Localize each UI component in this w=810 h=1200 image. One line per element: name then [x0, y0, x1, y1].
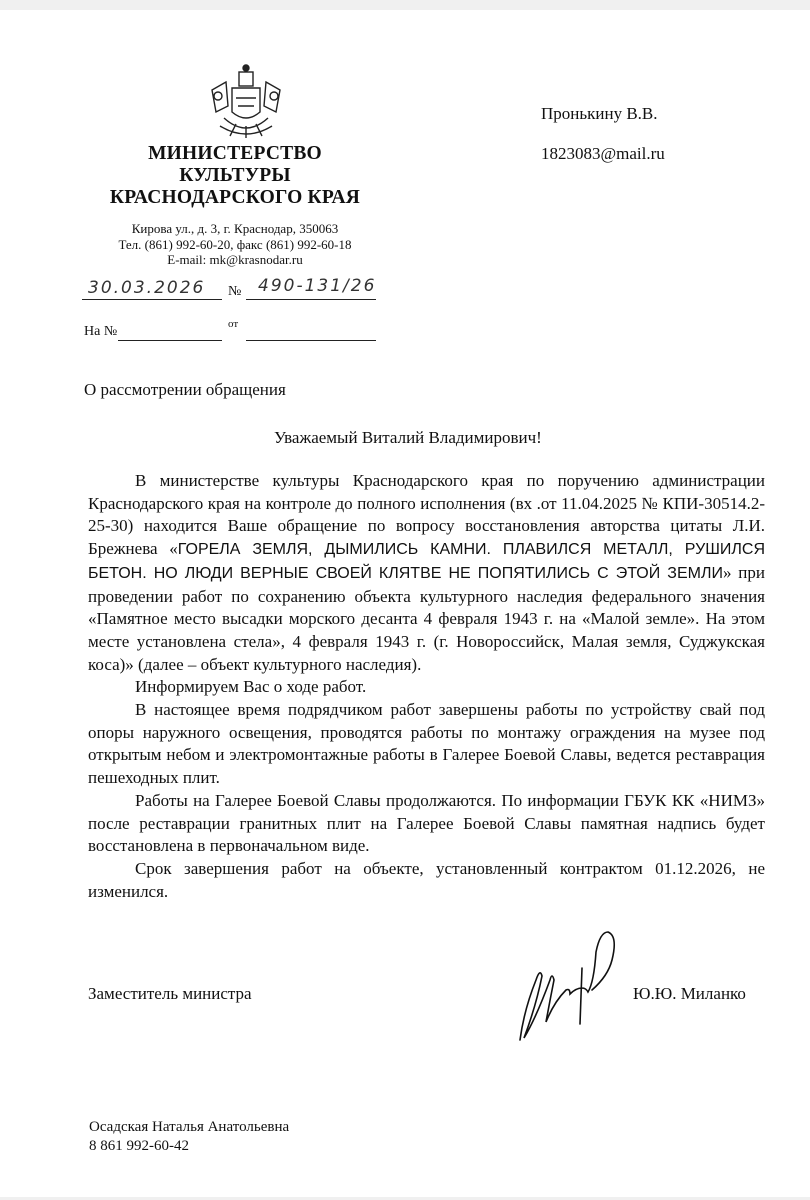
in-reply-underline: [118, 339, 222, 341]
date-underline: [82, 298, 222, 300]
signatory-name: Ю.Ю. Миланко: [633, 984, 746, 1004]
brezhnev-quote: ГОРЕЛА ЗЕМЛЯ, ДЫМИЛИСЬ КАМНИ. ПЛАВИЛСЯ М…: [88, 541, 765, 582]
body-paragraph-5: Срок завершения работ на объекте, устано…: [88, 858, 765, 903]
executor-block: Осадская Наталья Анатольевна 8 861 992-6…: [89, 1118, 289, 1156]
letter-page: МИНИСТЕРСТВО КУЛЬТУРЫ КРАСНОДАРСКОГО КРА…: [0, 10, 810, 1197]
from-label: от: [228, 318, 238, 330]
number-underline: [246, 298, 376, 300]
recipient-email: 1823083@mail.ru: [541, 143, 665, 165]
in-reply-label: На №: [84, 324, 117, 340]
org-name-line-2: КУЛЬТУРЫ: [90, 165, 380, 187]
recipient-name: Пронькину В.В.: [541, 103, 665, 125]
registration-number: 490-131/26: [258, 276, 376, 296]
organization-name: МИНИСТЕРСТВО КУЛЬТУРЫ КРАСНОДАРСКОГО КРА…: [90, 143, 380, 209]
org-name-line-1: МИНИСТЕРСТВО: [90, 143, 380, 165]
body-paragraph-3: В настоящее время подрядчиком работ заве…: [88, 699, 765, 790]
body-paragraph-1: В министерстве культуры Краснодарского к…: [88, 470, 765, 676]
registration-date: 30.03.2026: [88, 278, 205, 298]
letter-subject: О рассмотрении обращения: [84, 380, 286, 400]
org-email: E-mail: mk@krasnodar.ru: [90, 252, 380, 268]
coat-of-arms-icon: [196, 62, 296, 142]
org-phone-fax: Тел. (861) 992-60-20, факс (861) 992-60-…: [90, 237, 380, 253]
body-paragraph-4: Работы на Галерее Боевой Славы продолжаю…: [88, 790, 765, 858]
body-paragraph-2: Информируем Вас о ходе работ.: [88, 676, 765, 699]
number-label: №: [228, 284, 241, 300]
org-address: Кирова ул., д. 3, г. Краснодар, 350063: [90, 221, 380, 237]
from-underline: [246, 339, 376, 341]
executor-name: Осадская Наталья Анатольевна: [89, 1118, 289, 1137]
recipient-block: Пронькину В.В. 1823083@mail.ru: [541, 103, 665, 183]
letter-body: В министерстве культуры Краснодарского к…: [88, 470, 765, 903]
organization-contacts: Кирова ул., д. 3, г. Краснодар, 350063 Т…: [90, 221, 380, 268]
signatory-position: Заместитель министра: [88, 984, 252, 1004]
letter-greeting: Уважаемый Виталий Владимирович!: [274, 428, 542, 448]
executor-phone: 8 861 992-60-42: [89, 1137, 289, 1156]
handwritten-signature-icon: [510, 928, 650, 1048]
org-name-line-3: КРАСНОДАРСКОГО КРАЯ: [90, 187, 380, 209]
